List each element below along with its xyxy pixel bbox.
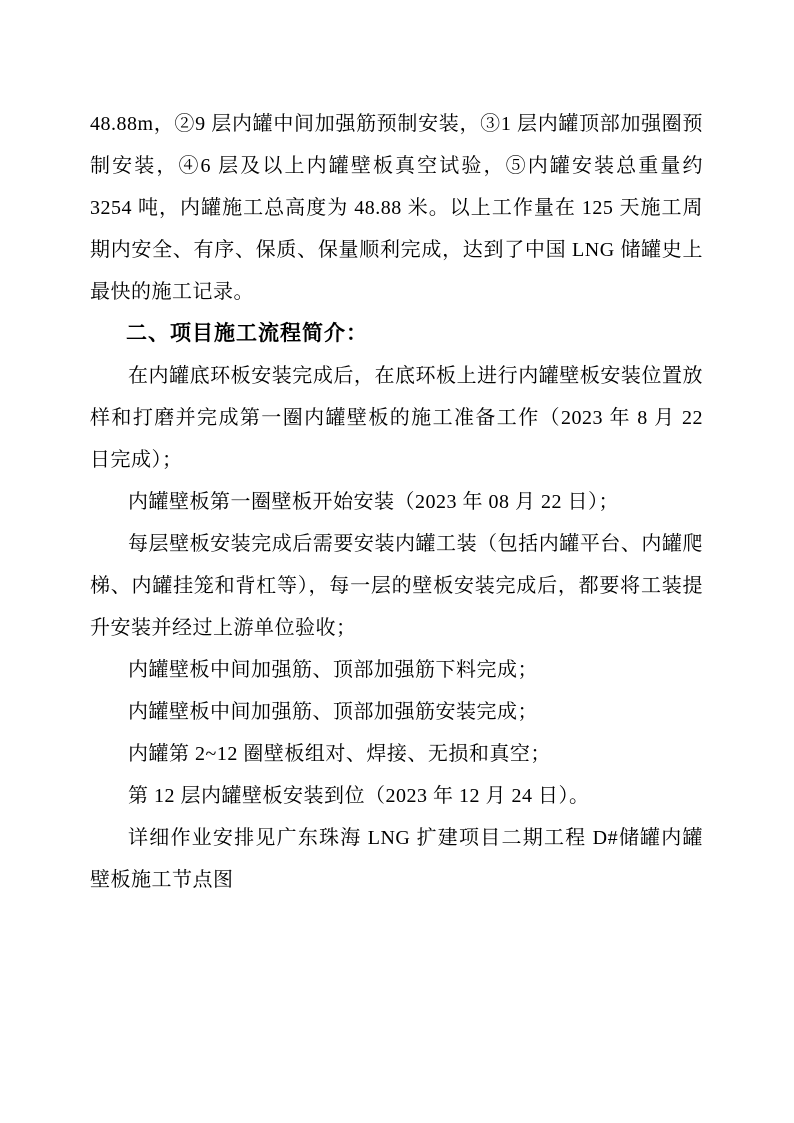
paragraph-ring-2-12-welding: 内罐第 2~12 圈壁板组对、焊接、无损和真空； <box>90 733 703 775</box>
paragraph-stiffener-install: 内罐壁板中间加强筋、顶部加强筋安装完成； <box>90 691 703 733</box>
paragraph-first-ring-install: 内罐壁板第一圈壁板开始安装（2023 年 08 月 22 日）； <box>90 481 703 523</box>
paragraph-continuation: 48.88m，②9 层内罐中间加强筋预制安装，③1 层内罐顶部加强圈预制安装，④… <box>90 103 703 313</box>
section-heading-construction-flow: 二、项目施工流程简介： <box>90 313 703 355</box>
paragraph-stiffener-cutting: 内罐壁板中间加强筋、顶部加强筋下料完成； <box>90 649 703 691</box>
document-page: 48.88m，②9 层内罐中间加强筋预制安装，③1 层内罐顶部加强圈预制安装，④… <box>0 0 794 1123</box>
paragraph-tooling-install: 每层壁板安装完成后需要安装内罐工装（包括内罐平台、内罐爬梯、内罐挂笼和背杠等），… <box>90 523 703 649</box>
paragraph-layer-12-complete: 第 12 层内罐壁板安装到位（2023 年 12 月 24 日）。 <box>90 775 703 817</box>
document-content: 48.88m，②9 层内罐中间加强筋预制安装，③1 层内罐顶部加强圈预制安装，④… <box>90 103 703 901</box>
paragraph-detail-reference: 详细作业安排见广东珠海 LNG 扩建项目二期工程 D#储罐内罐壁板施工节点图 <box>90 817 703 901</box>
paragraph-bottom-ring-prep: 在内罐底环板安装完成后，在底环板上进行内罐壁板安装位置放样和打磨并完成第一圈内罐… <box>90 355 703 481</box>
